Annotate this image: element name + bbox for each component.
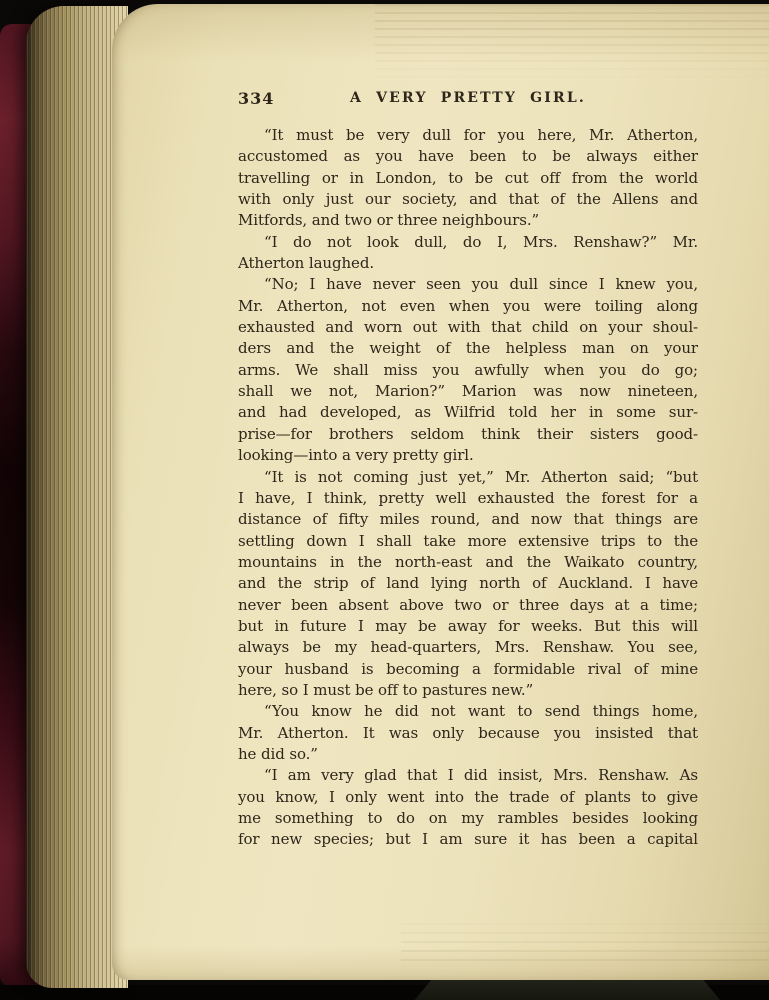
text-line: but in future I may be away for weeks. B… <box>238 616 698 637</box>
page-header: 334 A VERY PRETTY GIRL. <box>238 89 698 107</box>
text-line: shall we not, Marion?” Marion was now ni… <box>238 381 698 402</box>
text-line: I have, I think, pretty well exhausted t… <box>238 488 698 509</box>
text-line: ders and the weight of the helpless man … <box>238 338 698 359</box>
text-line: always be my head-quarters, Mrs. Renshaw… <box>238 637 698 658</box>
text-line: you know, I only went into the trade of … <box>238 787 698 808</box>
text-line: prise—for brothers seldom think their si… <box>238 424 698 445</box>
text-line: here, so I must be off to pastures new.” <box>238 680 698 701</box>
text-line: and the strip of land lying north of Auc… <box>238 573 698 594</box>
text-line: your husband is becoming a formidable ri… <box>238 659 698 680</box>
book-photo: 334 A VERY PRETTY GIRL. “It must be very… <box>0 0 769 1000</box>
text-line: he did so.” <box>238 744 698 765</box>
text-line: “It is not coming just yet,” Mr. Atherto… <box>238 467 698 488</box>
text-line: accustomed as you have been to be always… <box>238 146 698 167</box>
text-line: distance of fifty miles round, and now t… <box>238 509 698 530</box>
running-title: A VERY PRETTY GIRL. <box>238 90 698 106</box>
text-line: looking—into a very pretty girl. <box>238 445 698 466</box>
text-line: exhausted and worn out with that child o… <box>238 317 698 338</box>
text-line: “I am very glad that I did insist, Mrs. … <box>238 765 698 786</box>
text-line: with only just our society, and that of … <box>238 189 698 210</box>
text-line: and had developed, as Wilfrid told her i… <box>238 402 698 423</box>
text-line: “I do not look dull, do I, Mrs. Renshaw?… <box>238 232 698 253</box>
text-line: arms. We shall miss you awfully when you… <box>238 360 698 381</box>
text-line: mountains in the north-east and the Waik… <box>238 552 698 573</box>
text-line: Mitfords, and two or three neighbours.” <box>238 210 698 231</box>
text-line: Mr. Atherton. It was only because you in… <box>238 723 698 744</box>
text-line: “It must be very dull for you here, Mr. … <box>238 125 698 146</box>
text-line: never been absent above two or three day… <box>238 595 698 616</box>
page-top-edges-shading <box>375 4 769 82</box>
page-text: “It must be very dull for you here, Mr. … <box>238 125 698 851</box>
text-line: settling down I shall take more extensiv… <box>238 531 698 552</box>
text-line: Mr. Atherton, not even when you were toi… <box>238 296 698 317</box>
text-line: Atherton laughed. <box>238 253 698 274</box>
text-line: “No; I have never seen you dull since I … <box>238 274 698 295</box>
text-line: travelling or in London, to be cut off f… <box>238 168 698 189</box>
page-bottom-edges-shading <box>401 914 769 962</box>
text-line: for new species; but I am sure it has be… <box>238 829 698 850</box>
text-line: me something to do on my rambles besides… <box>238 808 698 829</box>
text-line: “You know he did not want to send things… <box>238 701 698 722</box>
